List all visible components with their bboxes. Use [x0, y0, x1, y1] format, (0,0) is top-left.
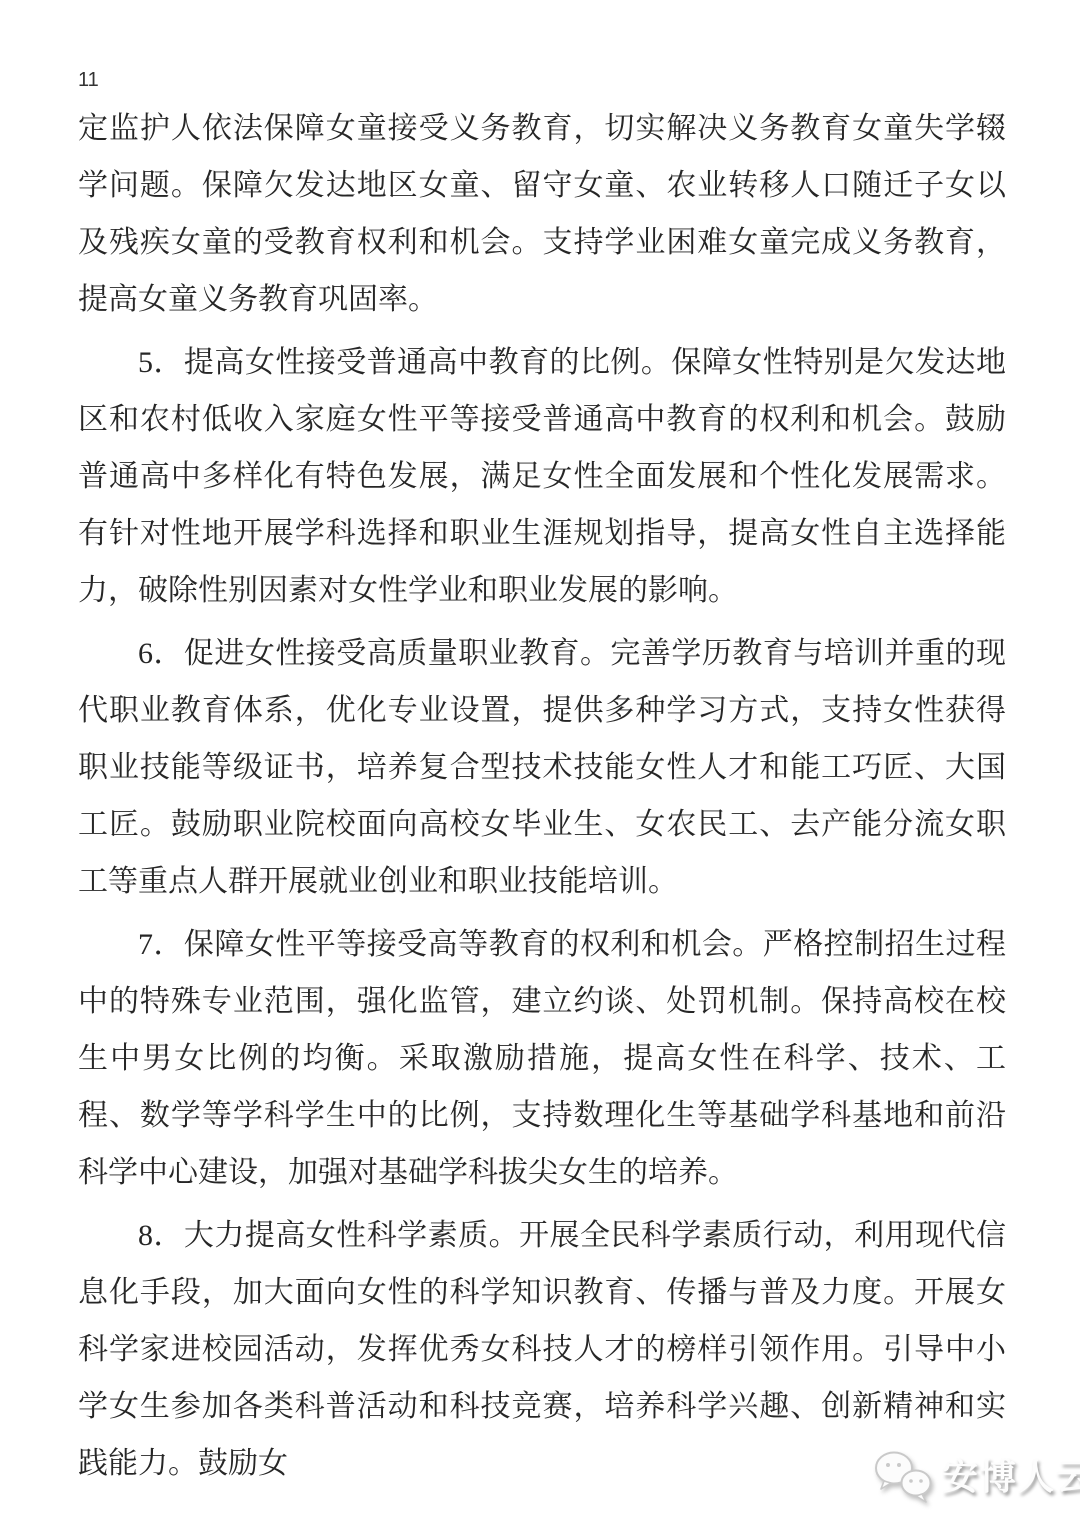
paragraph-continuation: 定监护人依法保障女童接受义务教育，切实解决义务教育女童失学辍学问题。保障欠发达地…: [78, 100, 1006, 328]
wechat-chat-bubbles-icon: [872, 1448, 936, 1506]
paragraph-item-6: 6．促进女性接受高质量职业教育。完善学历教育与培训并重的现代职业教育体系，优化专…: [78, 625, 1006, 910]
watermark-badge: 安博人云: [872, 1448, 1080, 1506]
paragraph-item-8: 8．大力提高女性科学素质。开展全民科学素质行动，利用现代信息化手段，加大面向女性…: [78, 1207, 1006, 1492]
paragraph-item-5: 5．提高女性接受普通高中教育的比例。保障女性特别是欠发达地区和农村低收入家庭女性…: [78, 334, 1006, 619]
document-page: 11 定监护人依法保障女童接受义务教育，切实解决义务教育女童失学辍学问题。保障欠…: [0, 0, 1080, 1527]
body-text-block: 定监护人依法保障女童接受义务教育，切实解决义务教育女童失学辍学问题。保障欠发达地…: [78, 100, 1006, 1498]
paragraph-item-7: 7．保障女性平等接受高等教育的权利和机会。严格控制招生过程中的特殊专业范围，强化…: [78, 916, 1006, 1201]
page-number: 11: [78, 70, 99, 90]
watermark-label: 安博人云: [942, 1459, 1080, 1495]
